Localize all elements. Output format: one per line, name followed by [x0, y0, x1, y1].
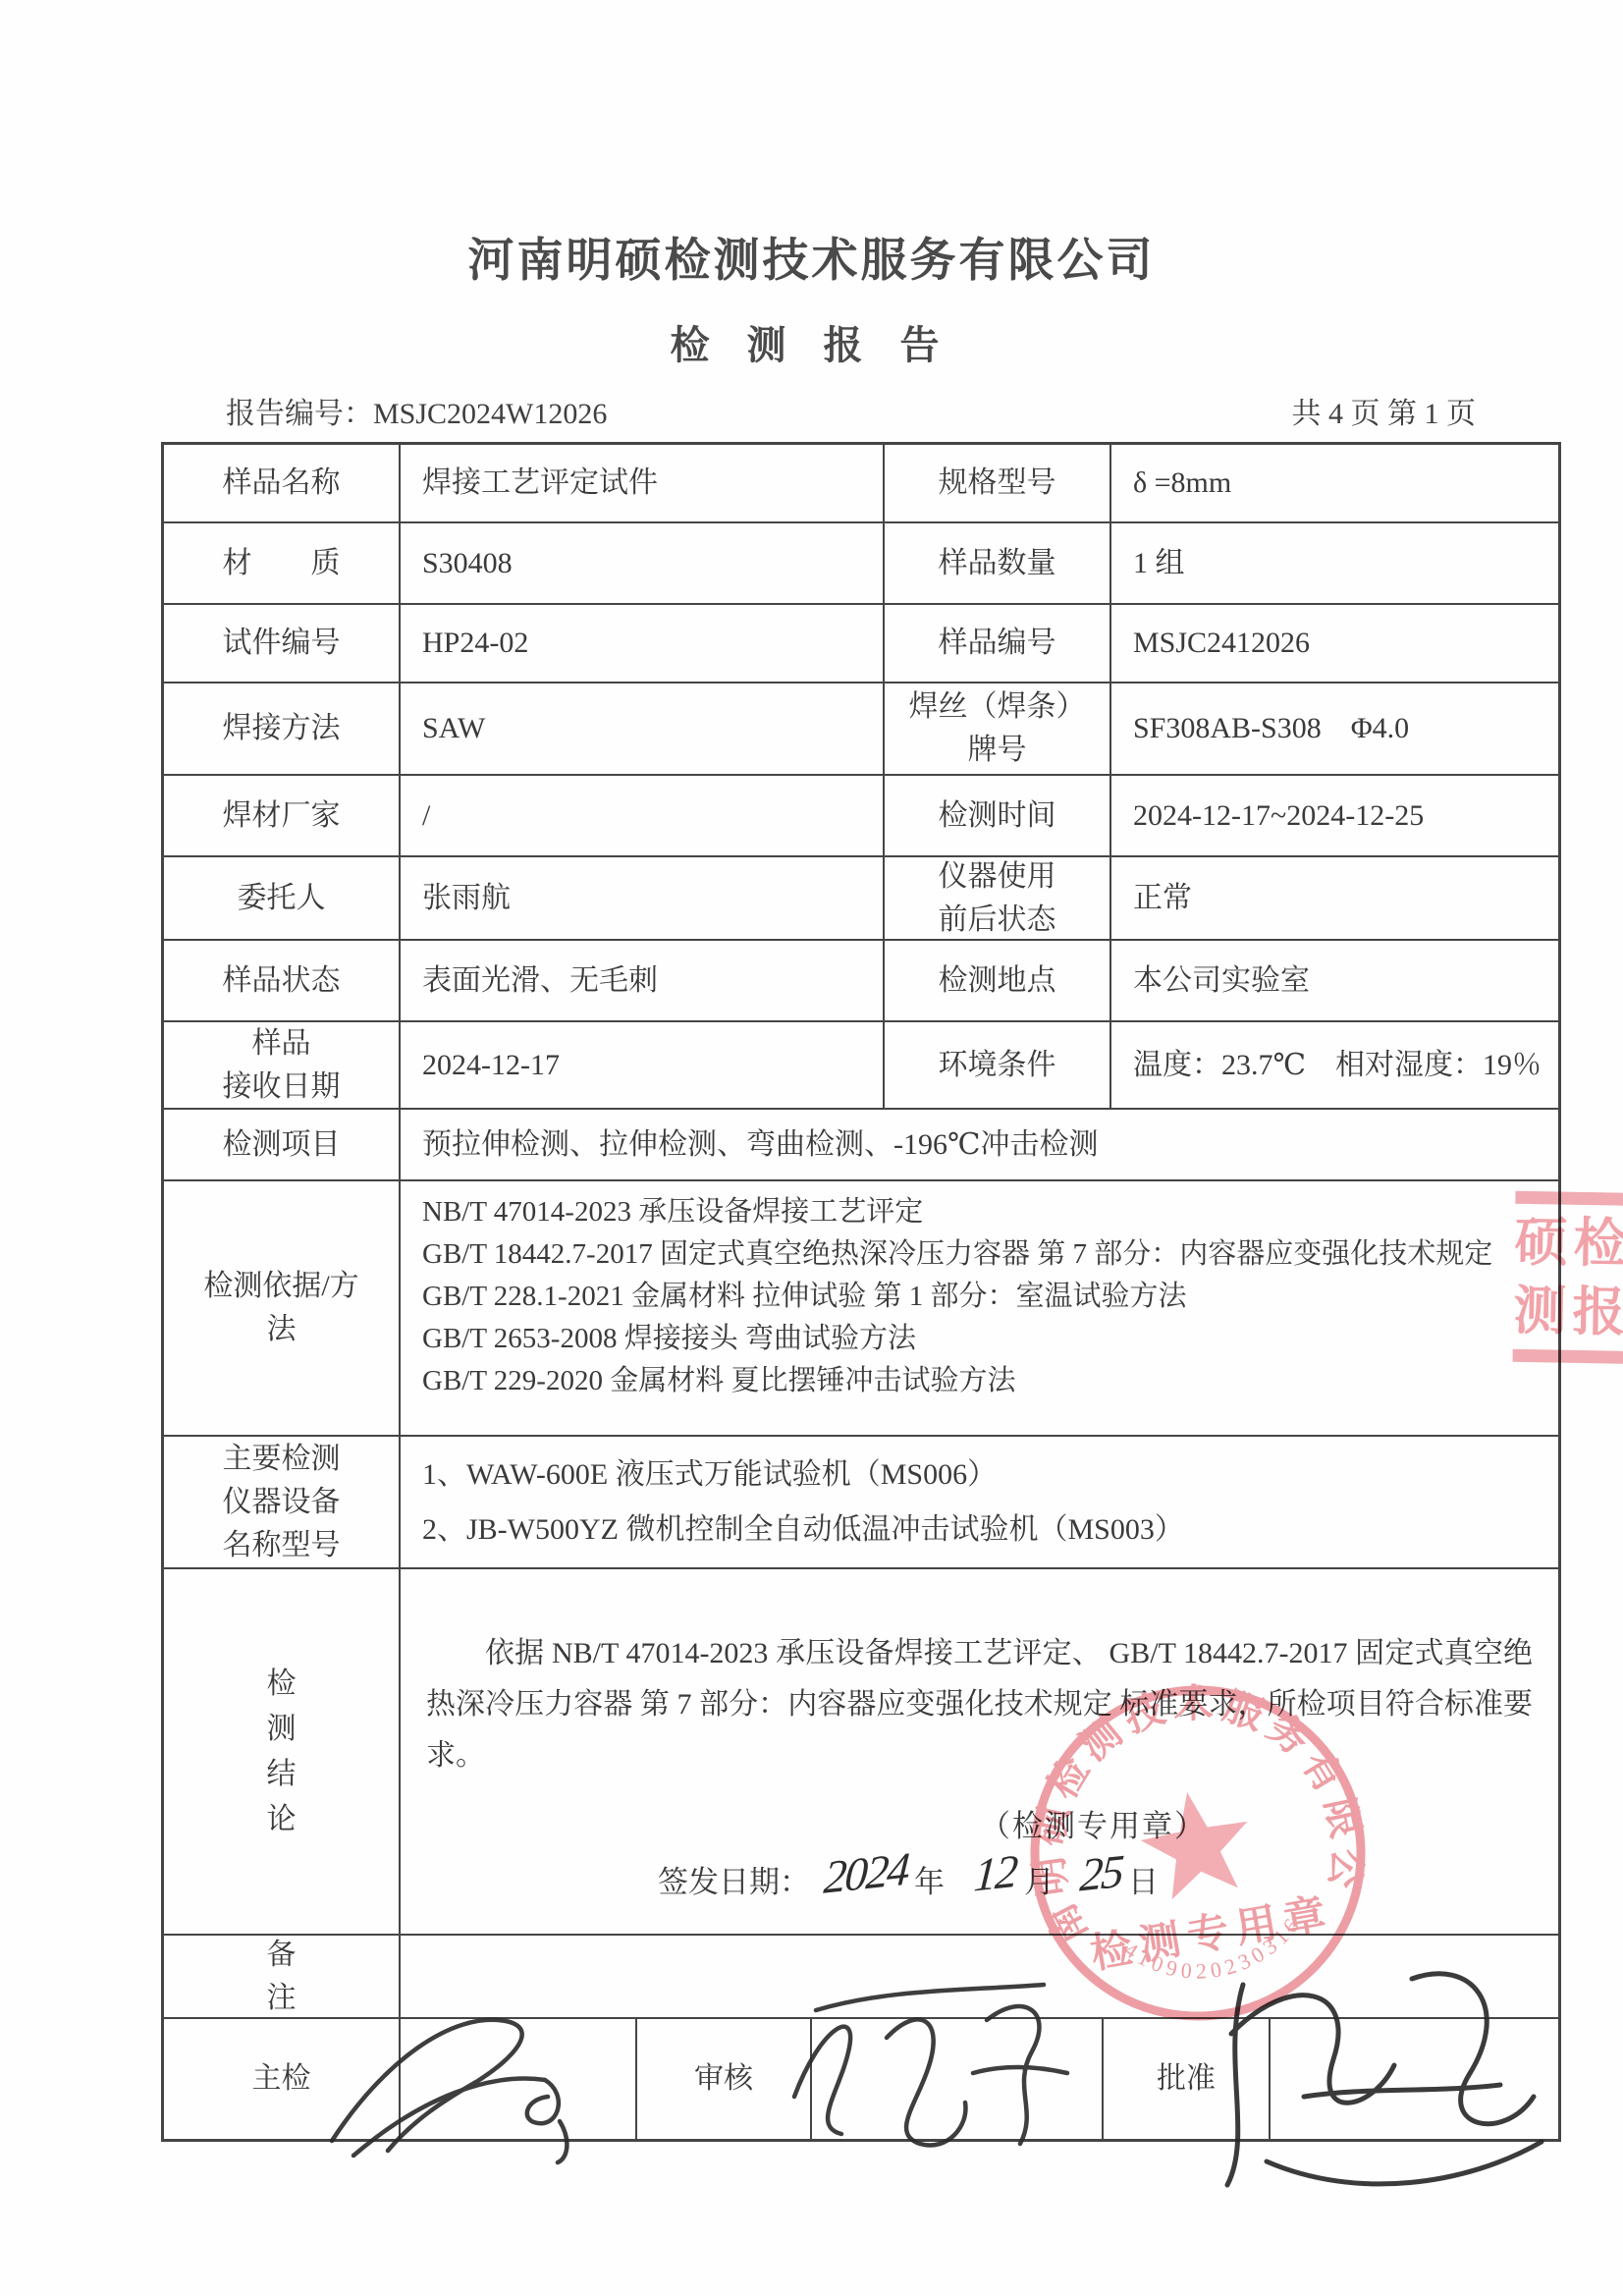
- table-row: 焊材厂家 / 检测时间 2024-12-17~2024-12-25: [164, 776, 1558, 857]
- cell-label: 仪器使用 前后状态: [885, 857, 1111, 939]
- cell-label: 焊丝（焊条） 牌号: [885, 683, 1111, 774]
- cell-label: 检测项目: [164, 1110, 401, 1179]
- report-number-label: 报告编号：: [226, 398, 373, 430]
- doc-title: 检 测 报 告: [0, 314, 1623, 370]
- corner-stamp-bar: [1513, 1349, 1623, 1364]
- corner-stamp-line: 硕检: [1514, 1208, 1623, 1279]
- cell-value: HP24-02: [401, 605, 885, 682]
- corner-stamp-bar: [1515, 1191, 1623, 1206]
- cell-value: 预拉伸检测、拉伸检测、弯曲检测、-196℃冲击检测: [401, 1110, 1558, 1179]
- cell-value: SAW: [401, 683, 885, 774]
- cell-value: SF308AB-S308 Φ4.0: [1111, 683, 1558, 774]
- table-row: 焊接方法 SAW 焊丝（焊条） 牌号 SF308AB-S308 Φ4.0: [164, 683, 1558, 776]
- signature-reviewer: [781, 1979, 1085, 2185]
- cell-label: 样品编号: [885, 605, 1111, 682]
- cell-label: 主要检测 仪器设备 名称型号: [164, 1437, 401, 1567]
- handwritten-month: 12: [973, 1849, 1018, 1897]
- official-seal-stamp: 河南明硕检测技术服务有限公司 检测专用章 4109020230316: [999, 1654, 1396, 2051]
- corner-stamp-line: 测报: [1513, 1277, 1623, 1347]
- cell-label: 样品名称: [164, 445, 401, 521]
- table-row-equipment: 主要检测 仪器设备 名称型号 1、WAW-600E 液压式万能试验机（MS006…: [164, 1437, 1558, 1569]
- cell-value: S30408: [401, 523, 885, 603]
- cell-label: 样品数量: [885, 523, 1111, 603]
- cell-label: 样品状态: [164, 941, 401, 1020]
- table-row: 试件编号 HP24-02 样品编号 MSJC2412026: [164, 605, 1558, 683]
- table-row-basis: 检测依据/方 法 NB/T 47014-2023 承压设备焊接工艺评定 GB/T…: [164, 1181, 1558, 1437]
- cell-value: 1、WAW-600E 液压式万能试验机（MS006） 2、JB-W500YZ 微…: [401, 1437, 1558, 1567]
- cell-label: 检测依据/方 法: [164, 1181, 401, 1435]
- table-row: 委托人 张雨航 仪器使用 前后状态 正常: [164, 857, 1558, 941]
- cell-label: 检 测 结 论: [164, 1569, 401, 1934]
- corner-stamp: 硕检 测报: [1512, 1187, 1623, 1372]
- star-icon: [1134, 1782, 1259, 1902]
- cell-value: 正常: [1111, 857, 1558, 939]
- cell-value: 张雨航: [401, 857, 885, 939]
- table-row-test-items: 检测项目 预拉伸检测、拉伸检测、弯曲检测、-196℃冲击检测: [164, 1110, 1558, 1181]
- cell-value: NB/T 47014-2023 承压设备焊接工艺评定 GB/T 18442.7-…: [401, 1181, 1558, 1435]
- cell-label: 规格型号: [885, 445, 1111, 521]
- cell-label: 检测时间: [885, 776, 1111, 855]
- cell-label: 材 质: [164, 523, 401, 603]
- cell-label: 委托人: [164, 857, 401, 939]
- table-row: 材 质 S30408 样品数量 1 组: [164, 523, 1558, 605]
- cell-label: 检测地点: [885, 941, 1111, 1020]
- table-row: 样品状态 表面光滑、无毛刺 检测地点 本公司实验室: [164, 941, 1558, 1022]
- year-unit: 年: [914, 1865, 945, 1899]
- cell-value: 1 组: [1111, 523, 1558, 603]
- cell-label: 环境条件: [885, 1022, 1111, 1108]
- page-info: 共 4 页 第 1 页: [1292, 389, 1477, 432]
- sign-date-label: 签发日期：: [658, 1865, 810, 1899]
- cell-value: δ =8mm: [1111, 445, 1558, 521]
- cell-value: /: [401, 776, 885, 855]
- cell-value: 2024-12-17~2024-12-25: [1111, 776, 1558, 855]
- report-number-value: MSJC2024W12026: [373, 398, 607, 430]
- cell-label: 焊材厂家: [164, 776, 401, 855]
- cell-label: 样品 接收日期: [164, 1022, 401, 1108]
- report-number: 报告编号：MSJC2024W12026: [226, 389, 607, 432]
- signature-main-inspector: [314, 2003, 638, 2170]
- conclusion-text: 依据 NB/T 47014-2023 承压设备焊接工艺评定、 GB/T 1844…: [426, 1628, 1533, 1781]
- cell-value: 本公司实验室: [1111, 941, 1558, 1020]
- cell-label: 焊接方法: [164, 683, 401, 774]
- table-row: 样品名称 焊接工艺评定试件 规格型号 δ =8mm: [164, 445, 1558, 523]
- meta-line: 报告编号：MSJC2024W12026 共 4 页 第 1 页: [0, 389, 1623, 432]
- table-row: 样品 接收日期 2024-12-17 环境条件 温度：23.7℃ 相对湿度：19…: [164, 1022, 1558, 1110]
- official-seal-svg: 河南明硕检测技术服务有限公司 检测专用章 4109020230316: [999, 1654, 1396, 2051]
- cell-value: 焊接工艺评定试件: [401, 445, 885, 521]
- cell-value: MSJC2412026: [1111, 605, 1558, 682]
- company-title: 河南明硕检测技术服务有限公司: [0, 224, 1623, 290]
- cell-value: 2024-12-17: [401, 1022, 885, 1108]
- cell-value: 表面光滑、无毛刺: [401, 941, 885, 1020]
- conclusion-cell: 依据 NB/T 47014-2023 承压设备焊接工艺评定、 GB/T 1844…: [401, 1569, 1558, 1934]
- handwritten-year: 2024: [823, 1847, 910, 1900]
- report-page: 河南明硕检测技术服务有限公司 检 测 报 告 报告编号：MSJC2024W120…: [0, 0, 1623, 2296]
- cell-value: 温度：23.7℃ 相对湿度：19％: [1111, 1022, 1558, 1108]
- cell-label: 试件编号: [164, 605, 401, 682]
